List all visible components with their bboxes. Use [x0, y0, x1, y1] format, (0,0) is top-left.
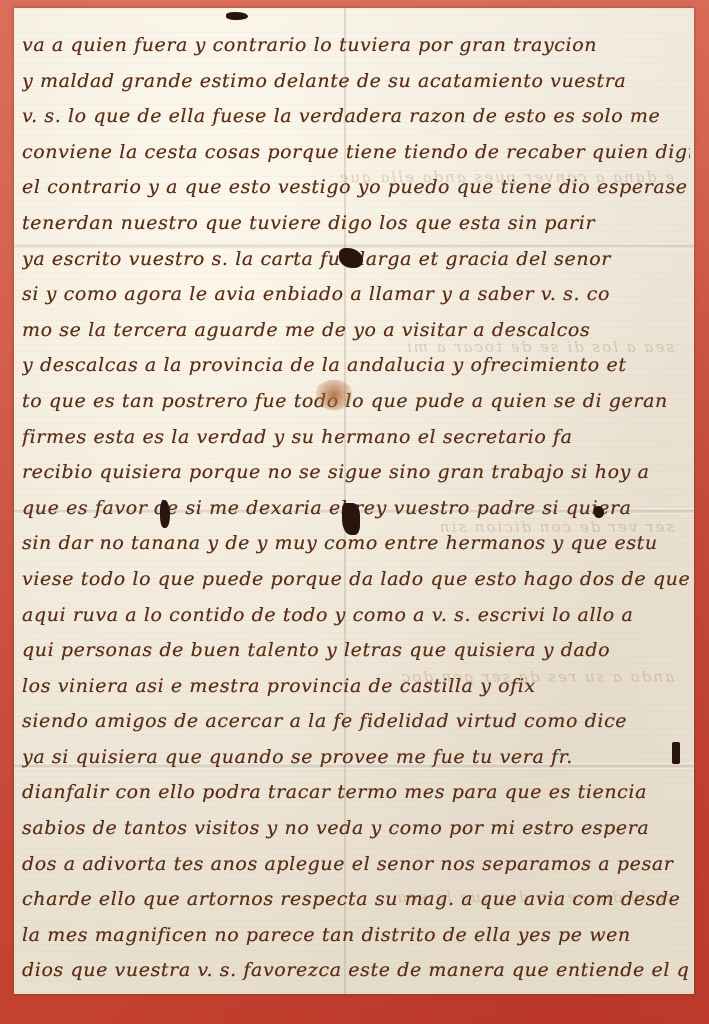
text-line: el contrario y a que esto vestigo yo pue…: [22, 170, 690, 206]
text-line: v. s. lo que de ella fuese la verdadera …: [22, 99, 690, 135]
ink-blot: [342, 503, 360, 535]
text-line: mo se la tercera aguarde me de yo a visi…: [22, 313, 690, 349]
text-line: dos a adivorta tes anos aplegue el senor…: [22, 847, 690, 883]
text-line: recibio quisiera porque no se sigue sino…: [22, 455, 690, 491]
text-line: tenerdan nuestro que tuviere digo los qu…: [22, 206, 690, 242]
text-line: conviene la cesta cosas porque tiene tie…: [22, 135, 690, 171]
text-line: y descalcas a la provincia de la andaluc…: [22, 348, 690, 384]
water-stain: [314, 380, 354, 410]
text-line: qui personas de buen talento y letras qu…: [22, 633, 690, 669]
text-line: dianfalir con ello podra tracar termo me…: [22, 775, 690, 811]
ink-blot: [672, 742, 680, 764]
text-line: dios que vuestra v. s. favorezca este de…: [22, 953, 690, 989]
text-line: va a quien fuera y contrario lo tuviera …: [22, 28, 690, 64]
text-line: charde ello que artornos respecta su mag…: [22, 882, 690, 918]
text-line: ya si quisiera que quando se provee me f…: [22, 740, 690, 776]
text-line: to que es tan postrero fue todo lo que p…: [22, 384, 690, 420]
text-line: aqui ruva a lo contido de todo y como a …: [22, 598, 690, 634]
text-line: y maldad grande estimo delante de su aca…: [22, 64, 690, 100]
text-line: sabios de tantos visitos y no veda y com…: [22, 811, 690, 847]
ink-blot: [160, 500, 170, 528]
text-line: si y como agora le avia enbiado a llamar…: [22, 277, 690, 313]
text-line: la mes magnificen no parece tan distrito…: [22, 918, 690, 954]
text-line: siendo amigos de acercar a la fe fidelid…: [22, 704, 690, 740]
manuscript-page: e dana a conver pues anda ella que sea a…: [14, 8, 694, 994]
ink-blot: [226, 12, 248, 20]
text-line: firmes esta es la verdad y su hermano el…: [22, 420, 690, 456]
text-line: los viniera asi e mestra provincia de ca…: [22, 669, 690, 705]
text-line: viese todo lo que puede porque da lado q…: [22, 562, 690, 598]
ink-blot: [594, 506, 604, 518]
